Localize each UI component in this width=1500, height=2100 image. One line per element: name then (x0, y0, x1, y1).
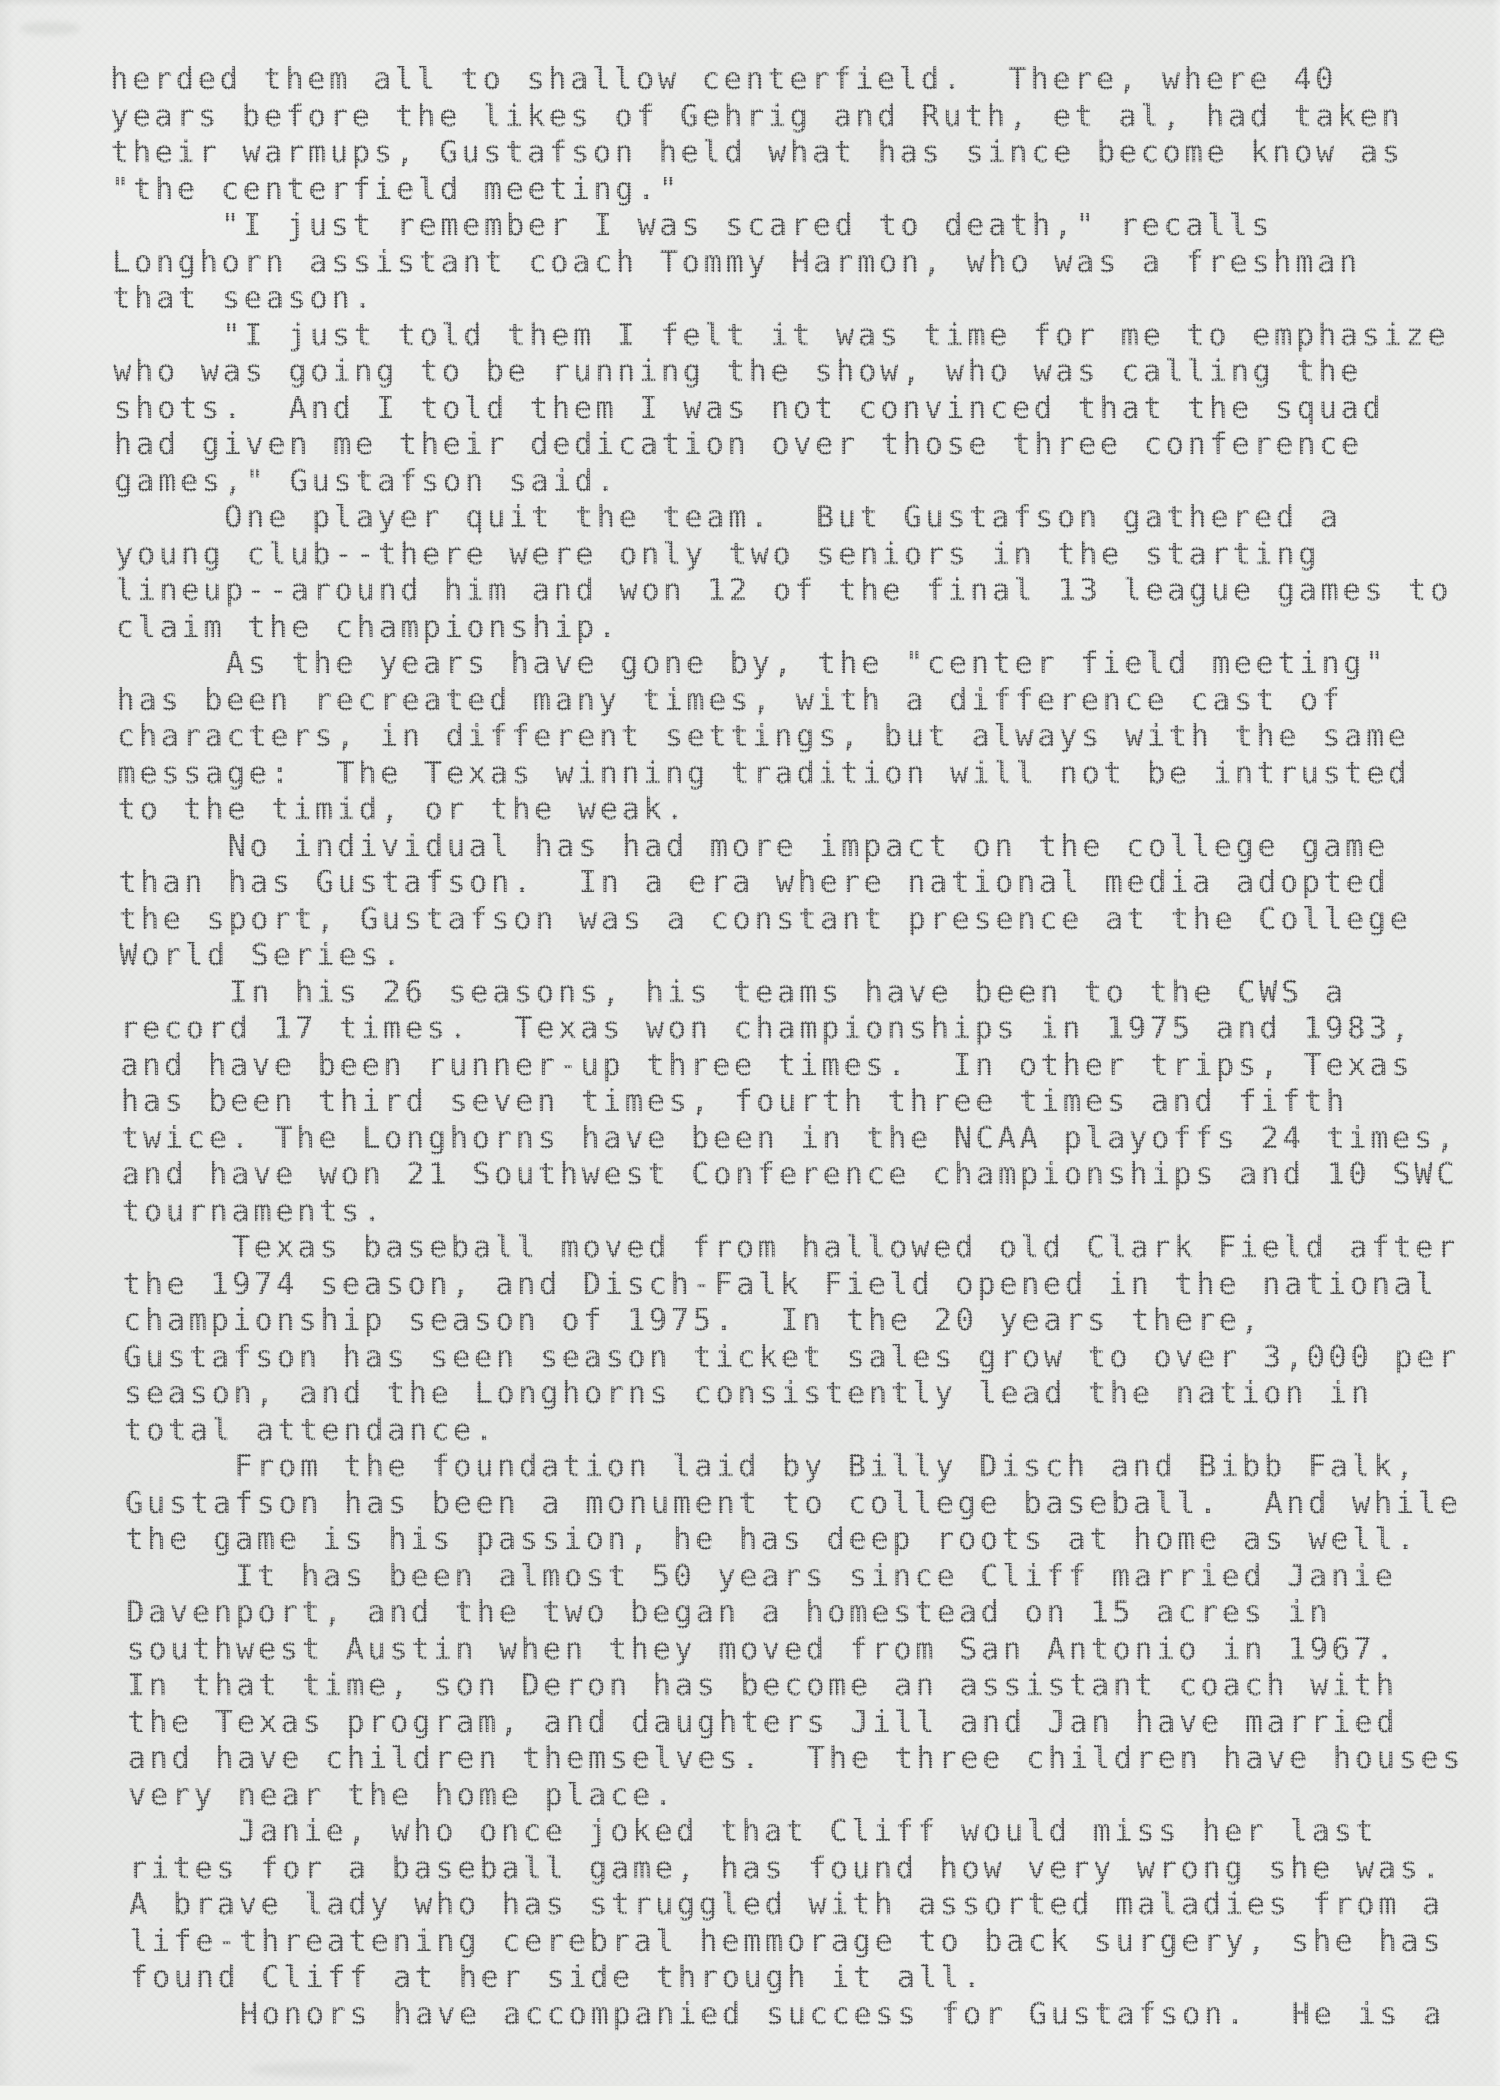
text-line: In his 26 seasons, his teams have been t… (120, 975, 1457, 1012)
text-line: tournaments. (122, 1194, 1459, 1231)
text-line: the 1974 season, and Disch-Falk Field op… (123, 1267, 1460, 1304)
text-line: has been recreated many times, with a di… (116, 683, 1453, 720)
typed-text: herded them all to shallow centerfield. … (110, 62, 1467, 2033)
scan-smudge-top-left (20, 22, 80, 35)
scan-bottom-edge (0, 2085, 1500, 2100)
text-line: message: The Texas winning tradition wil… (117, 756, 1454, 793)
text-line: "the centerfield meeting." (111, 172, 1448, 209)
text-line: championship season of 1975. In the 20 y… (123, 1303, 1460, 1340)
text-line: One player quit the team. But Gustafson … (115, 500, 1452, 537)
scan-left-edge-shade (0, 0, 14, 2100)
text-line: Gustafson has seen season ticket sales g… (123, 1340, 1460, 1377)
text-line: games," Gustafson said. (114, 464, 1451, 501)
text-line: who was going to be running the show, wh… (113, 354, 1450, 391)
text-line: to the timid, or the weak. (118, 792, 1455, 829)
text-line: As the years have gone by, the "center f… (116, 646, 1453, 683)
text-line: southwest Austin when they moved from Sa… (126, 1632, 1463, 1669)
text-line: that season. (112, 281, 1449, 318)
text-line: World Series. (119, 938, 1456, 975)
text-line: Longhorn assistant coach Tommy Harmon, w… (112, 245, 1449, 282)
text-line: In that time, son Deron has become an as… (127, 1668, 1464, 1705)
text-line: and have won 21 Southwest Conference cha… (121, 1157, 1458, 1194)
text-line: Honors have accompanied success for Gust… (130, 1997, 1467, 2034)
text-line: than has Gustafson. In a era where natio… (118, 865, 1455, 902)
text-line: their warmups, Gustafson held what has s… (111, 135, 1448, 172)
text-line: and have children themselves. The three … (128, 1741, 1465, 1778)
text-line: lineup--around him and won 12 of the fin… (115, 573, 1452, 610)
text-line: From the foundation laid by Billy Disch … (125, 1449, 1462, 1486)
text-line: twice. The Longhorns have been in the NC… (121, 1121, 1458, 1158)
text-line: claim the championship. (116, 610, 1453, 647)
text-line: has been third seven times, fourth three… (121, 1084, 1458, 1121)
text-line: total attendance. (124, 1413, 1461, 1450)
text-line: shots. And I told them I was not convinc… (113, 391, 1450, 428)
text-line: and have been runner-up three times. In … (120, 1048, 1457, 1085)
text-line: found Cliff at her side through it all. (130, 1960, 1467, 1997)
text-line: "I just told them I felt it was time for… (113, 318, 1450, 355)
text-line: characters, in different settings, but a… (117, 719, 1454, 756)
scan-top-edge-shade (0, 0, 1500, 7)
text-line: very near the home place. (128, 1778, 1465, 1815)
scan-right-edge-highlight (1492, 0, 1500, 2100)
text-line: had given me their dedication over those… (114, 427, 1451, 464)
text-line: Davenport, and the two began a homestead… (126, 1595, 1463, 1632)
text-line: Gustafson has been a monument to college… (125, 1486, 1462, 1523)
text-line: young club--there were only two seniors … (115, 537, 1452, 574)
text-line: Janie, who once joked that Cliff would m… (128, 1814, 1465, 1851)
text-line: the game is his passion, he has deep roo… (125, 1522, 1462, 1559)
text-line: years before the likes of Gehrig and Rut… (110, 99, 1447, 136)
text-line: the sport, Gustafson was a constant pres… (119, 902, 1456, 939)
text-line: the Texas program, and daughters Jill an… (127, 1705, 1464, 1742)
text-line: Texas baseball moved from hallowed old C… (122, 1230, 1459, 1267)
text-line: herded them all to shallow centerfield. … (110, 62, 1447, 99)
text-line: rites for a baseball game, has found how… (129, 1851, 1466, 1888)
text-line: record 17 times. Texas won championships… (120, 1011, 1457, 1048)
scan-smudge-bottom (250, 2062, 415, 2077)
scanned-page: herded them all to shallow centerfield. … (0, 0, 1500, 2100)
text-line: No individual has had more impact on the… (118, 829, 1455, 866)
text-line: A brave lady who has struggled with asso… (129, 1887, 1466, 1924)
text-line: It has been almost 50 years since Cliff … (126, 1559, 1463, 1596)
text-line: season, and the Longhorns consistently l… (124, 1376, 1461, 1413)
text-line: life-threatening cerebral hemmorage to b… (129, 1924, 1466, 1961)
text-line: "I just remember I was scared to death,"… (112, 208, 1449, 245)
